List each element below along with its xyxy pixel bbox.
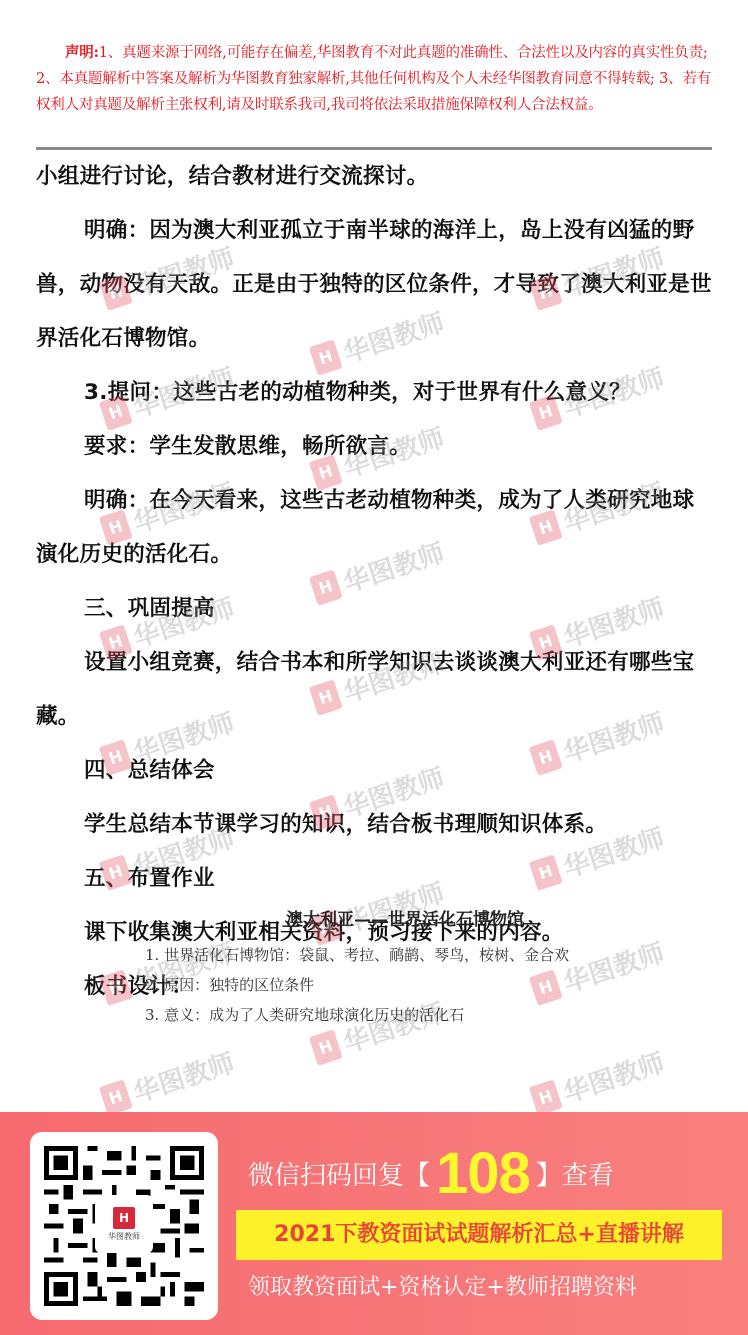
board-item: 3. 意义：成为了人类研究地球演化历史的活化石 — [140, 1000, 640, 1030]
board-item: 2. 原因：独特的区位条件 — [140, 970, 640, 1000]
watermark-logo-icon: H — [309, 1029, 343, 1066]
paragraph: 小组进行讨论，结合教材进行交流探讨。 — [36, 150, 712, 204]
qr-center-logo: H 华图教师 — [95, 1195, 153, 1253]
board-item: 1. 世界活化石博物馆：袋鼠、考拉、鸸鹋、琴鸟，桉树、金合欢 — [140, 940, 640, 970]
section-heading: 三、巩固提高 — [36, 582, 712, 636]
disclaimer: 声明:1、真题来源于网络,可能存在偏差,华图教育不对此真题的准确性、合法性以及内… — [36, 40, 712, 118]
paragraph: 学生总结本节课学习的知识，结合板书理顺知识体系。 — [36, 798, 712, 852]
board-design: 澳大利亚——世界活化石博物馆 1. 世界活化石博物馆：袋鼠、考拉、鸸鹋、琴鸟，桉… — [140, 905, 640, 1030]
disclaimer-label: 声明: — [65, 44, 99, 61]
watermark-logo-icon: H — [529, 1079, 563, 1116]
banner-subline: 领取教资面试+资格认定+教师招聘资料 — [248, 1270, 637, 1301]
disclaimer-text: 1、真题来源于网络,可能存在偏差,华图教育不对此真题的准确性、合法性以及内容的真… — [36, 45, 711, 113]
section-heading: 五、布置作业 — [36, 852, 712, 906]
banner-headline: 微信扫码回复【 108 】查看 — [248, 1140, 614, 1207]
paragraph: 设置小组竞赛，结合书本和所学知识去谈谈澳大利亚还有哪些宝藏。 — [36, 636, 712, 744]
paragraph: 3.提问：这些古老的动植物种类，对于世界有什么意义？ — [36, 366, 712, 420]
section-heading: 四、总结体会 — [36, 744, 712, 798]
headline-prefix: 微信扫码回复【 — [248, 1155, 430, 1192]
watermark-logo-icon: H — [99, 1079, 133, 1116]
promo-banner[interactable]: H 华图教师 微信扫码回复【 108 】查看 2021下教资面试试题解析汇总+直… — [0, 1112, 748, 1335]
paragraph: 明确：因为澳大利亚孤立于南半球的海洋上，岛上没有凶猛的野兽，动物没有天敌。正是由… — [36, 204, 712, 366]
paragraph: 要求：学生发散思维，畅所欲言。 — [36, 420, 712, 474]
brand-logo-icon: H — [113, 1207, 135, 1229]
board-title: 澳大利亚——世界活化石博物馆 — [170, 905, 640, 930]
highlight-bar[interactable]: 2021下教资面试试题解析汇总+直播讲解 — [236, 1210, 722, 1260]
headline-suffix: 】查看 — [536, 1155, 614, 1192]
paragraph: 明确：在今天看来，这些古老动植物种类，成为了人类研究地球演化历史的活化石。 — [36, 474, 712, 582]
brand-caption: 华图教师 — [108, 1231, 140, 1242]
qr-code-card[interactable]: H 华图教师 — [30, 1132, 218, 1320]
lesson-content: 小组进行讨论，结合教材进行交流探讨。 明确：因为澳大利亚孤立于南半球的海洋上，岛… — [36, 150, 712, 1014]
reply-code: 108 — [436, 1140, 530, 1207]
